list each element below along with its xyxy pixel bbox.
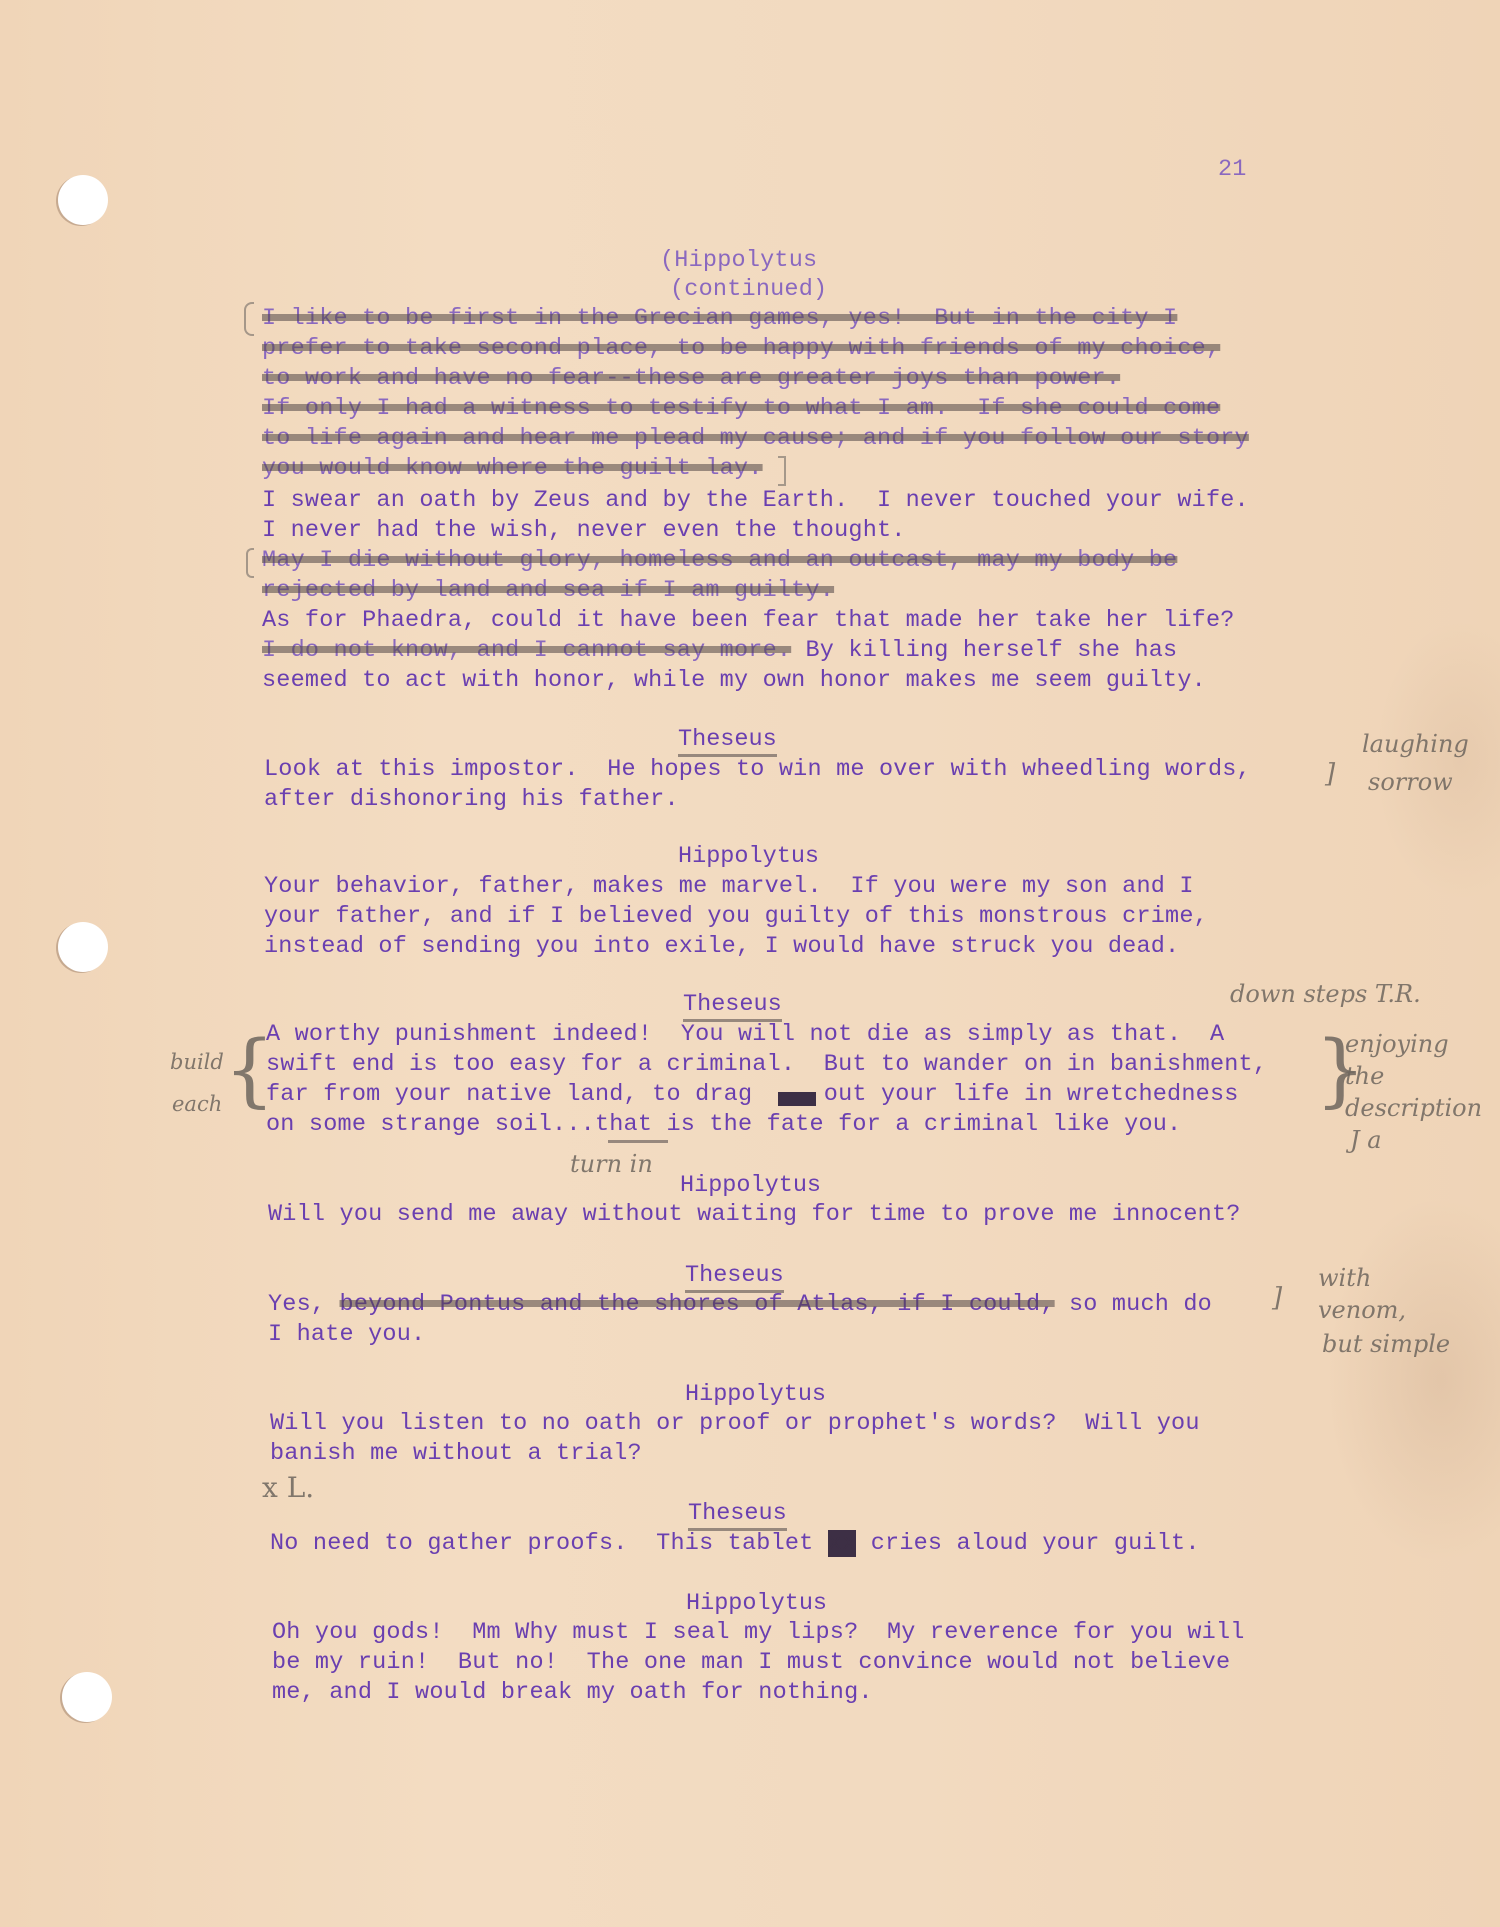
pencil-note-enjoying: enjoying [1345,1030,1449,1058]
pencil-note-description: description [1345,1094,1482,1122]
speaker-name-theseus: Theseus [683,991,782,1018]
struck-line: rejected by land and sea if I am guilty. [262,576,834,606]
struck-phrase: I do not know, and I cannot say more. [262,637,791,664]
dialogue-line: I do not know, and I cannot say more. By… [262,636,1177,666]
struck-line: prefer to take second place, to be happy… [262,334,1220,364]
cut-bracket-close [778,456,786,486]
dialogue-line: I never had the wish, never even the tho… [262,516,906,546]
dialogue-line: me, and I would break my oath for nothin… [272,1678,873,1708]
speaker-name-hippolytus: Hippolytus [678,843,819,870]
pencil-note-venom: venom, [1318,1296,1406,1324]
speaker-name-theseus: Theseus [688,1500,787,1527]
dialogue-line: Oh you gods! Mm Why must I seal my lips?… [272,1618,1245,1648]
typed-x-out: Mm [472,1619,501,1646]
typescript-page: 21 (Hippolytus (continued) I like to be … [0,0,1500,1927]
pencil-note-ja: J a [1350,1126,1382,1154]
pencil-note-down-steps: down steps T.R. [1230,980,1421,1008]
dialogue-line: A worthy punishment indeed! You will not… [266,1020,1224,1050]
pencil-note-each: each [172,1090,222,1118]
speaker-name-theseus: Theseus [678,726,777,753]
pencil-bracket: ] [1325,760,1335,788]
cut-bracket-open [244,302,254,336]
dialogue-line: No need to gather proofs. This tablet xx… [270,1529,1200,1559]
struck-line: I like to be first in the Grecian games,… [262,304,1177,334]
dialogue-line: seemed to act with honor, while my own h… [262,666,1206,696]
dialogue-line: I hate you. [268,1320,425,1350]
dialogue-line: banish me without a trial? [270,1439,642,1469]
punch-hole-bottom [62,1672,112,1722]
speaker-heading-continued: (Hippolytus [660,246,817,276]
page-number: 21 [1218,155,1247,185]
dialogue-line: after dishonoring his father. [264,785,679,815]
dialogue-line: be my ruin! But no! The one man I must c… [272,1648,1230,1678]
struck-line: you would know where the guilt lay. [262,454,763,484]
dialogue-line: I swear an oath by Zeus and by the Earth… [262,486,1249,516]
dialogue-line: As for Phaedra, could it have been fear … [262,606,1235,636]
pencil-note-the: the [1345,1062,1384,1090]
dialogue-line: on some strange soil...that is the fate … [266,1110,1181,1140]
pencil-brace: { [224,1025,275,1115]
pencil-note-build: build [170,1048,224,1076]
dialogue-line: Your behavior, father, makes me marvel. … [264,872,1194,902]
pencil-note-laughing: laughing [1362,730,1469,758]
dialogue-line: instead of sending you into exile, I wou… [264,932,1179,962]
dialogue-line: Will you listen to no oath or proof or p… [270,1409,1200,1439]
struck-line: If only I had a witness to testify to wh… [262,394,1220,424]
pencil-note-turn-in: turn in [570,1150,653,1178]
pencil-note-with: with [1318,1264,1371,1292]
punch-hole-top [58,175,108,225]
dialogue-line: your father, and if I believed you guilt… [264,902,1208,932]
speaker-name-hippolytus: Hippolytus [685,1381,826,1408]
pencil-note-sorrow: sorrow [1368,768,1453,796]
dialogue-text: By killing herself she has [791,637,1177,664]
struck-line: May I die without glory, homeless and an… [262,546,1177,576]
punch-hole-middle [58,922,108,972]
struck-phrase: beyond Pontus and the shores of Atlas, i… [340,1291,1055,1318]
pencil-note-x-l: x L. [262,1474,314,1502]
struck-line: to life again and hear me plead my cause… [262,424,1249,454]
cut-bracket-open [246,548,254,578]
speaker-name-hippolytus: Hippolytus [680,1172,821,1199]
speaker-name-hippolytus: Hippolytus [686,1590,827,1617]
dialogue-line: Look at this impostor. He hopes to win m… [264,755,1251,785]
speaker-name-theseus: Theseus [685,1262,784,1289]
pencil-bracket: ] [1272,1284,1282,1312]
typed-x-out: xx [828,1530,857,1557]
continued-label: (continued) [670,275,827,305]
dialogue-line: Yes, beyond Pontus and the shores of Atl… [268,1290,1212,1320]
typed-x-out [778,1092,816,1106]
dialogue-line: far from your native land, to drag out y… [266,1080,1239,1110]
dialogue-line: Will you send me away without waiting fo… [268,1200,1241,1230]
underline-that [608,1140,668,1143]
dialogue-line: swift end is too easy for a criminal. Bu… [266,1050,1267,1080]
struck-line: to work and have no fear--these are grea… [262,364,1120,394]
pencil-note-but-simple: but simple [1322,1330,1450,1358]
